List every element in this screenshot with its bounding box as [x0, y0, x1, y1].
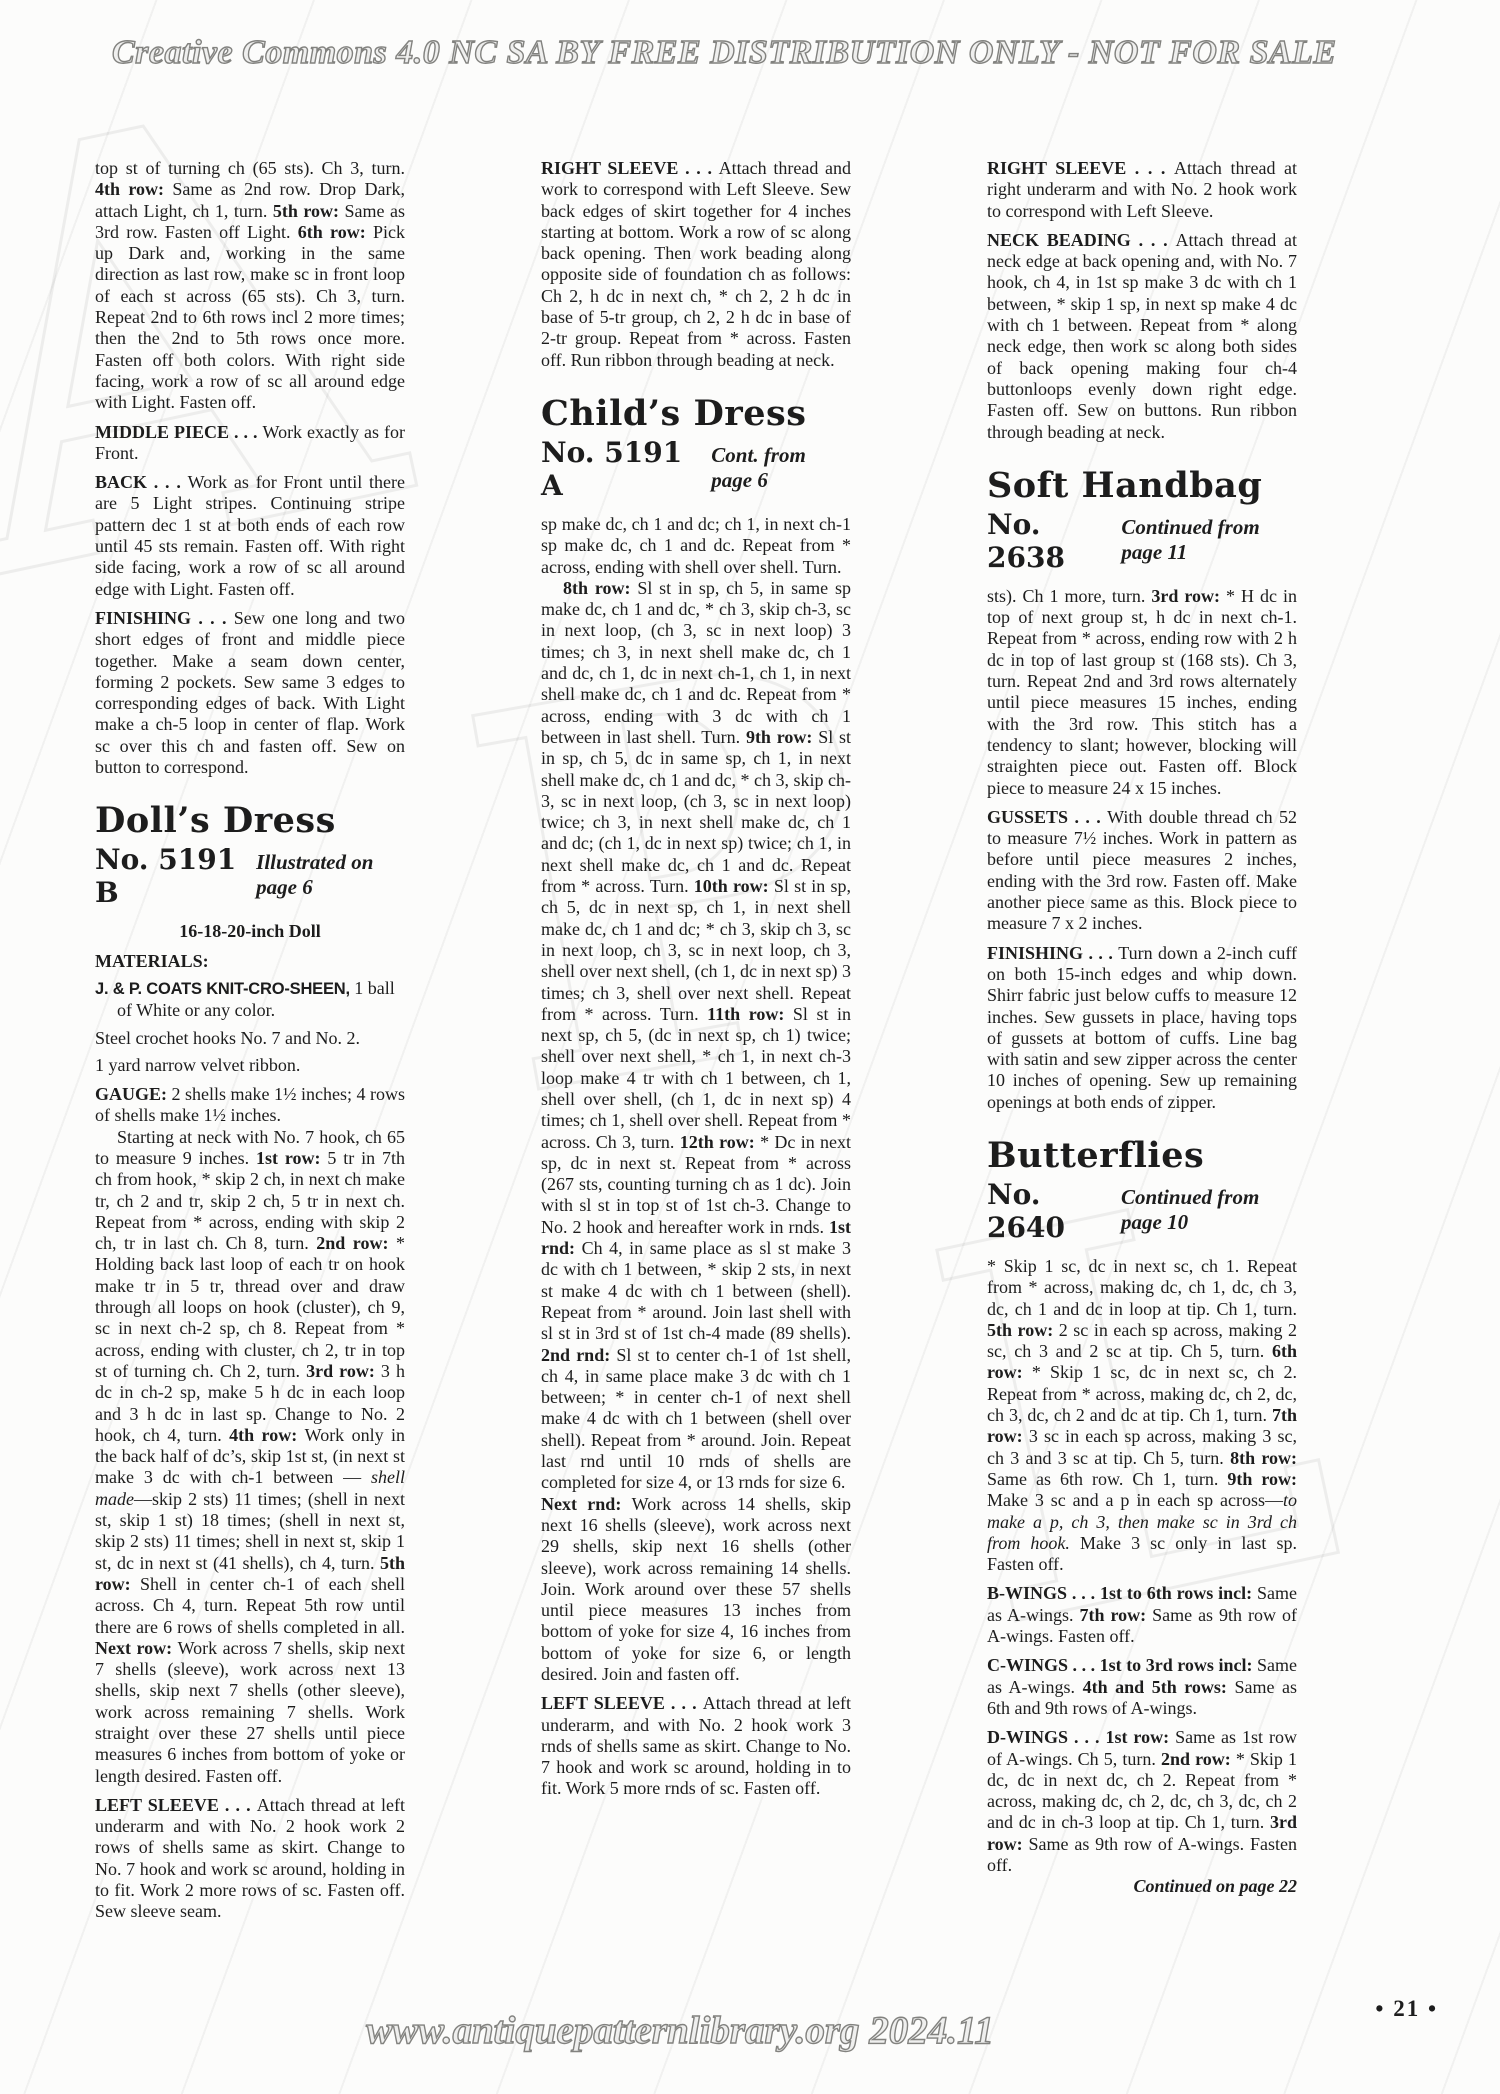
- materials-hooks-item: Steel crochet hooks No. 7 and No. 2.: [95, 1028, 405, 1049]
- back-section: BACK . . . Work as for Front until there…: [95, 472, 405, 600]
- text-columns: top st of turning ch (65 sts). Ch 3, tur…: [95, 158, 1297, 1923]
- pattern-subtitle: No. 2640Continued from page 10: [987, 1178, 1297, 1244]
- right-sleeve-section: RIGHT SLEEVE . . . Attach thread and wor…: [541, 158, 851, 371]
- gauge-section: GAUGE: 2 shells make 1½ inches; 4 rows o…: [95, 1084, 405, 1127]
- pattern-title: Soft Handbag: [987, 467, 1297, 505]
- materials-ribbon-item: 1 yard narrow velvet ribbon.: [95, 1055, 405, 1076]
- left-sleeve-section: LEFT SLEEVE . . . Attach thread at left …: [95, 1795, 405, 1923]
- a-wings-continuation: * Skip 1 sc, dc in next sc, ch 1. Repeat…: [987, 1256, 1297, 1575]
- materials-thread-item: J. & P. COATS KNIT-CRO-SHEEN, 1 ball of …: [95, 978, 405, 1022]
- b-wings-section: B-WINGS . . . 1st to 6th rows incl: Same…: [987, 1583, 1297, 1647]
- middle-piece-section: MIDDLE PIECE . . . Work exactly as for F…: [95, 422, 405, 465]
- pattern-subtitle: No. 2638Continued from page 11: [987, 508, 1297, 574]
- column-left: top st of turning ch (65 sts). Ch 3, tur…: [95, 158, 405, 1923]
- neck-beading-section: NECK BEADING . . . Attach thread at neck…: [987, 230, 1297, 443]
- header-license-notice: Creative Commons 4.0 NC SA BY FREE DISTR…: [112, 34, 1337, 72]
- page-number: • 21 •: [1375, 1996, 1438, 2022]
- doll-dress-instructions: Starting at neck with No. 7 hook, ch 65 …: [95, 1127, 405, 1787]
- materials-label: MATERIALS:: [95, 951, 405, 972]
- pattern-title: Child’s Dress: [541, 395, 851, 433]
- continued-note: Continued on page 22: [987, 1876, 1297, 1897]
- column-right: RIGHT SLEEVE . . . Attach thread at righ…: [987, 158, 1297, 1898]
- finishing-section: FINISHING . . . Turn down a 2-inch cuff …: [987, 943, 1297, 1113]
- pattern-continuation-note: Continued from page 11: [1121, 515, 1297, 565]
- pattern-subtitle: No. 5191 BIllustrated on page 6: [95, 843, 405, 909]
- right-sleeve-section: RIGHT SLEEVE . . . Attach thread at righ…: [987, 158, 1297, 222]
- pattern-subtitle: No. 5191 ACont. from page 6: [541, 436, 851, 502]
- childs-dress-rows-8-to-2nd-rnd: 8th row: Sl st in sp, ch 5, in same sp m…: [541, 578, 851, 1494]
- left-sleeve-section: LEFT SLEEVE . . . Attach thread at left …: [541, 1693, 851, 1799]
- pattern-title: Butterflies: [987, 1137, 1297, 1175]
- pattern-number: No. 5191 A: [541, 436, 695, 502]
- column-center: RIGHT SLEEVE . . . Attach thread and wor…: [541, 158, 851, 1800]
- gussets-section: GUSSETS . . . With double thread ch 52 t…: [987, 807, 1297, 935]
- childs-dress-continuation: sp make dc, ch 1 and dc; ch 1, in next c…: [541, 514, 851, 578]
- pattern-continuation-note: Continued from page 10: [1121, 1185, 1297, 1235]
- handbag-continuation: sts). Ch 1 more, turn. 3rd row: * H dc i…: [987, 586, 1297, 799]
- pattern-number: No. 2640: [987, 1178, 1105, 1244]
- d-wings-section: D-WINGS . . . 1st row: Same as 1st row o…: [987, 1727, 1297, 1876]
- doll-size-line: 16-18-20-inch Doll: [95, 921, 405, 942]
- pattern-number: No. 5191 B: [95, 843, 240, 909]
- finishing-section: FINISHING . . . Sew one long and two sho…: [95, 608, 405, 778]
- page: { "colors": { "paper": "#fcfcfb", "ink":…: [0, 0, 1500, 2094]
- c-wings-section: C-WINGS . . . 1st to 3rd rows incl: Same…: [987, 1655, 1297, 1719]
- childs-dress-next-rnd: Next rnd: Work across 14 shells, skip ne…: [541, 1494, 851, 1686]
- footer-website: www.antiquepatternlibrary.org 2024.11: [170, 2008, 1190, 2053]
- pattern-title: Doll’s Dress: [95, 802, 405, 840]
- pattern-number: No. 2638: [987, 508, 1105, 574]
- front-continuation-paragraph: top st of turning ch (65 sts). Ch 3, tur…: [95, 158, 405, 414]
- pattern-continuation-note: Cont. from page 6: [711, 443, 851, 493]
- pattern-continuation-note: Illustrated on page 6: [256, 850, 405, 900]
